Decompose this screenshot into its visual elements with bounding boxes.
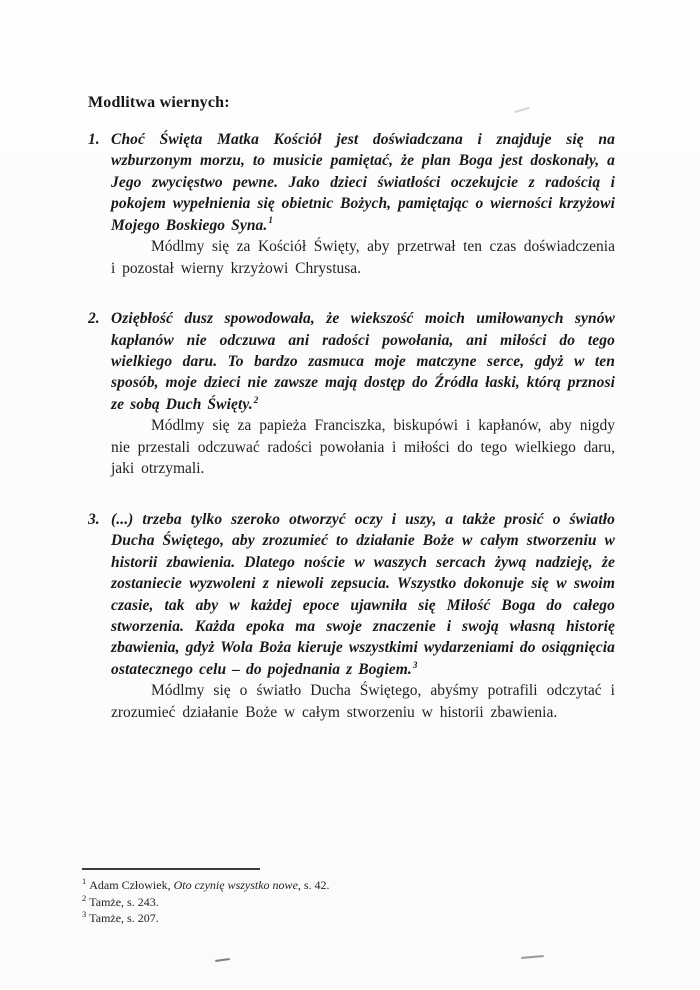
footnote-reference: 2 [254,395,259,405]
scan-artifact-mark [215,958,230,962]
footnote-2: 2Tamże, s. 243. [82,894,502,911]
section-number: 2. [88,308,111,480]
response-text: Módlmy się za papieża Franciszka, biskup… [111,415,615,480]
footnote-divider [82,868,260,870]
footnote-3: 3Tamże, s. 207. [82,910,502,927]
footnote-1: 1Adam Człowiek, Oto czynię wszystko nowe… [82,877,502,894]
footnote-author: Adam Człowiek, [89,878,173,892]
section-body: (...) trzeba tylko szeroko otworzyć oczy… [111,509,615,723]
footnote-pages: , s. 42. [298,878,330,892]
page-title: Modlitwa wiernych: [88,94,615,112]
section-number: 1. [88,129,111,279]
prayer-section-2: 2. Oziębłość dusz spowodowała, że wieksz… [88,308,615,480]
prayer-section-1: 1. Choć Święta Matka Kościół jest doświa… [88,129,615,279]
section-body: Choć Święta Matka Kościół jest doświadcz… [111,129,615,279]
document-content: Modlitwa wiernych: 1. Choć Święta Matka … [88,94,615,723]
scan-artifact-mark [521,955,544,959]
response-text: Módlmy się za Kościół Święty, aby przetr… [111,236,615,279]
section-body: Oziębłość dusz spowodowała, że wiekszość… [111,308,615,480]
footnote-marker: 1 [82,876,86,886]
intention-body-text: (...) trzeba tylko szeroko otworzyć oczy… [111,511,615,678]
scanned-document-page: Modlitwa wiernych: 1. Choć Święta Matka … [0,0,700,990]
intention-text: Choć Święta Matka Kościół jest doświadcz… [111,129,615,236]
prayer-section-3: 3. (...) trzeba tylko szeroko otworzyć o… [88,509,615,723]
intention-text: Oziębłość dusz spowodowała, że wiekszość… [111,308,615,415]
footnote-marker: 3 [82,909,86,919]
intention-body-text: Choć Święta Matka Kościół jest doświadcz… [111,131,615,234]
intention-body-text: Oziębłość dusz spowodowała, że wiekszość… [111,310,615,413]
footnote-work-title: Oto czynię wszystko nowe [174,878,298,892]
footnotes-block: 1Adam Człowiek, Oto czynię wszystko nowe… [82,868,502,927]
response-text: Módlmy się o światło Ducha Świętego, aby… [111,680,615,723]
footnote-text: Tamże, s. 207. [89,911,158,925]
footnote-text: Tamże, s. 243. [89,895,158,909]
footnote-reference: 1 [268,215,273,225]
intention-text: (...) trzeba tylko szeroko otworzyć oczy… [111,509,615,680]
footnote-marker: 2 [82,893,86,903]
section-number: 3. [88,509,111,723]
footnote-reference: 3 [413,660,418,670]
